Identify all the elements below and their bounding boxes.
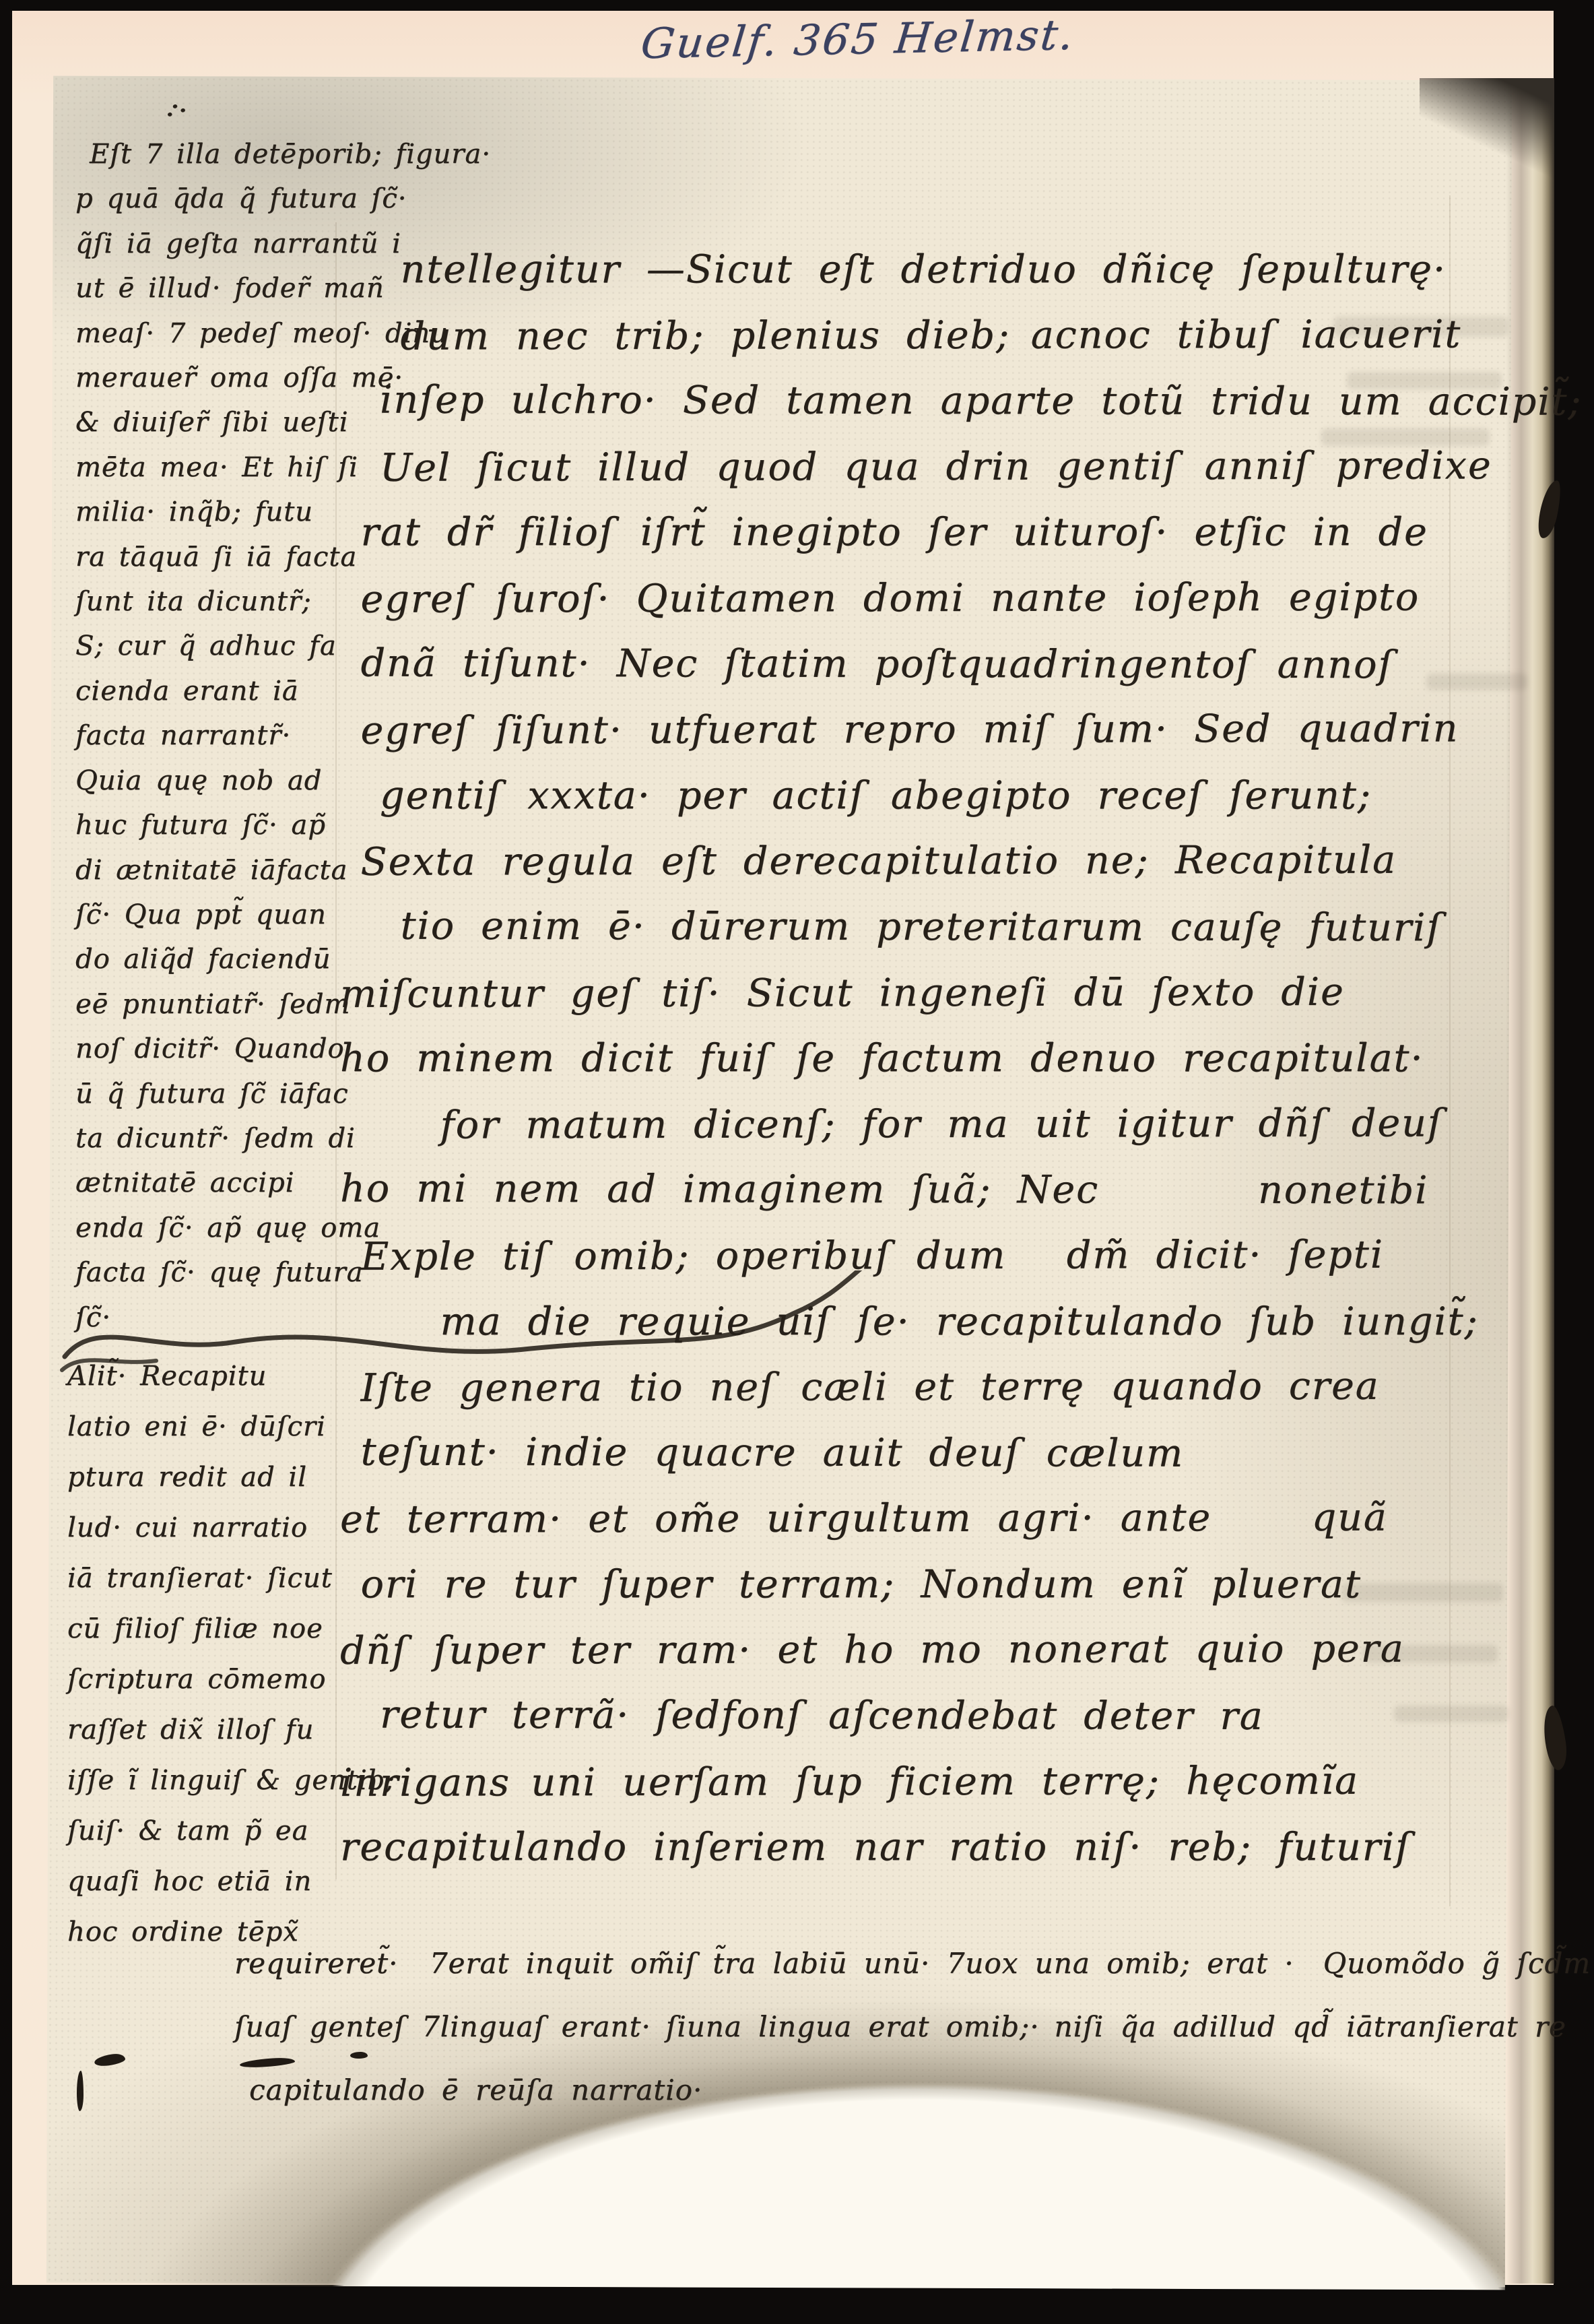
manuscript-line: for matum dicenſ; for ma uit igitur dñſ … bbox=[340, 1091, 1531, 1159]
manuscript-line: dnã tiſunt· Nec ſtatim poſtquadringentoſ… bbox=[340, 631, 1531, 699]
manuscript-line: miſcuntur geſ tiſ· Sicut ingeneſi dū ſex… bbox=[340, 959, 1531, 1027]
manuscript-line: Uel ſicut illud quod qua drin gentiſ ann… bbox=[340, 433, 1531, 501]
manuscript-line: ma die requie uiſ ſe· recapitulando ſub … bbox=[340, 1289, 1531, 1355]
manuscript-line: et terram· et om̃e uirgultum agri· ante … bbox=[340, 1485, 1531, 1553]
manuscript-line: ntellegitur —Sicut eſt detriduo dñicę ſe… bbox=[340, 237, 1531, 303]
manuscript-line: rat dr̃ filioſ iſrt̃ inegipto ſer uituro… bbox=[340, 500, 1531, 566]
manuscript-line: inſep ulchro· Sed tamen aparte totũ trid… bbox=[340, 368, 1531, 436]
manuscript-line: egreſ ſiſunt· utfuerat repro miſ ſum· Se… bbox=[340, 696, 1531, 764]
manuscript-line: dum nec trib; plenius dieb; acnoc tibuſ … bbox=[340, 302, 1531, 370]
manuscript-line: Sexta regula eſt derecapitulatio ne; Rec… bbox=[340, 827, 1531, 895]
manuscript-line: ſuaſ genteſ 7linguaſ erant· ſiuna lingua… bbox=[234, 1995, 1548, 2059]
gloss-line: p quā q̄da q̃ futura ſc̃· bbox=[75, 176, 442, 221]
manuscript-line: egreſ ſuroſ· Quitamen domi nante ioſeph … bbox=[340, 564, 1531, 633]
corner-shadow bbox=[1420, 78, 1554, 179]
manuscript-line: capitulando ē reūſa narratio· bbox=[234, 2059, 1548, 2122]
ink-blot bbox=[77, 2071, 84, 2111]
manuscript-line: recapitulando inſeriem nar ratio niſ· re… bbox=[340, 1815, 1531, 1881]
manuscript-line: ho mi nem ad imaginem ſuã; Nec nonetibi bbox=[340, 1157, 1531, 1225]
manuscript-line: Iſte genera tio neſ cæli et terrę quando… bbox=[340, 1353, 1531, 1421]
manuscript-line: ori re tur ſuper terram; Nondum enĩ plue… bbox=[340, 1552, 1531, 1618]
manuscript-line: retur terrã· ſedfonſ aſcendebat deter ra bbox=[340, 1683, 1531, 1751]
manuscript-line: requireret̃· 7erat inquit om̃iſ t̃ra lab… bbox=[234, 1932, 1548, 1995]
manuscript-line: gentiſ xxxta· per actiſ abegipto receſ ſ… bbox=[340, 763, 1531, 829]
bottom-text-block: requireret̃· 7erat inquit om̃iſ t̃ra lab… bbox=[234, 1932, 1548, 2122]
manuscript-line: ho minem dicit fuiſ ſe factum denuo reca… bbox=[340, 1026, 1531, 1092]
main-text-block: ntellegitur —Sicut eſt detriduo dñicę ſe… bbox=[340, 237, 1531, 1881]
gloss-line: Eſt 7 illa detēporib; figura· bbox=[75, 132, 442, 176]
manuscript-line: Exple tiſ omib; operibuſ dum dm̃ dicit· … bbox=[340, 1222, 1531, 1290]
manuscript-line: dñſ ſuper ter ram· et ho mo nonerat quio… bbox=[340, 1617, 1531, 1685]
manuscript-line: inrigans uni uerſam ſup ficiem terrę; hę… bbox=[340, 1748, 1531, 1816]
manuscript-line: teſunt· indie quacre auit deuſ cælum bbox=[340, 1419, 1531, 1487]
manuscript-line: tio enim ē· dūrerum preteritarum cauſę f… bbox=[340, 893, 1531, 961]
